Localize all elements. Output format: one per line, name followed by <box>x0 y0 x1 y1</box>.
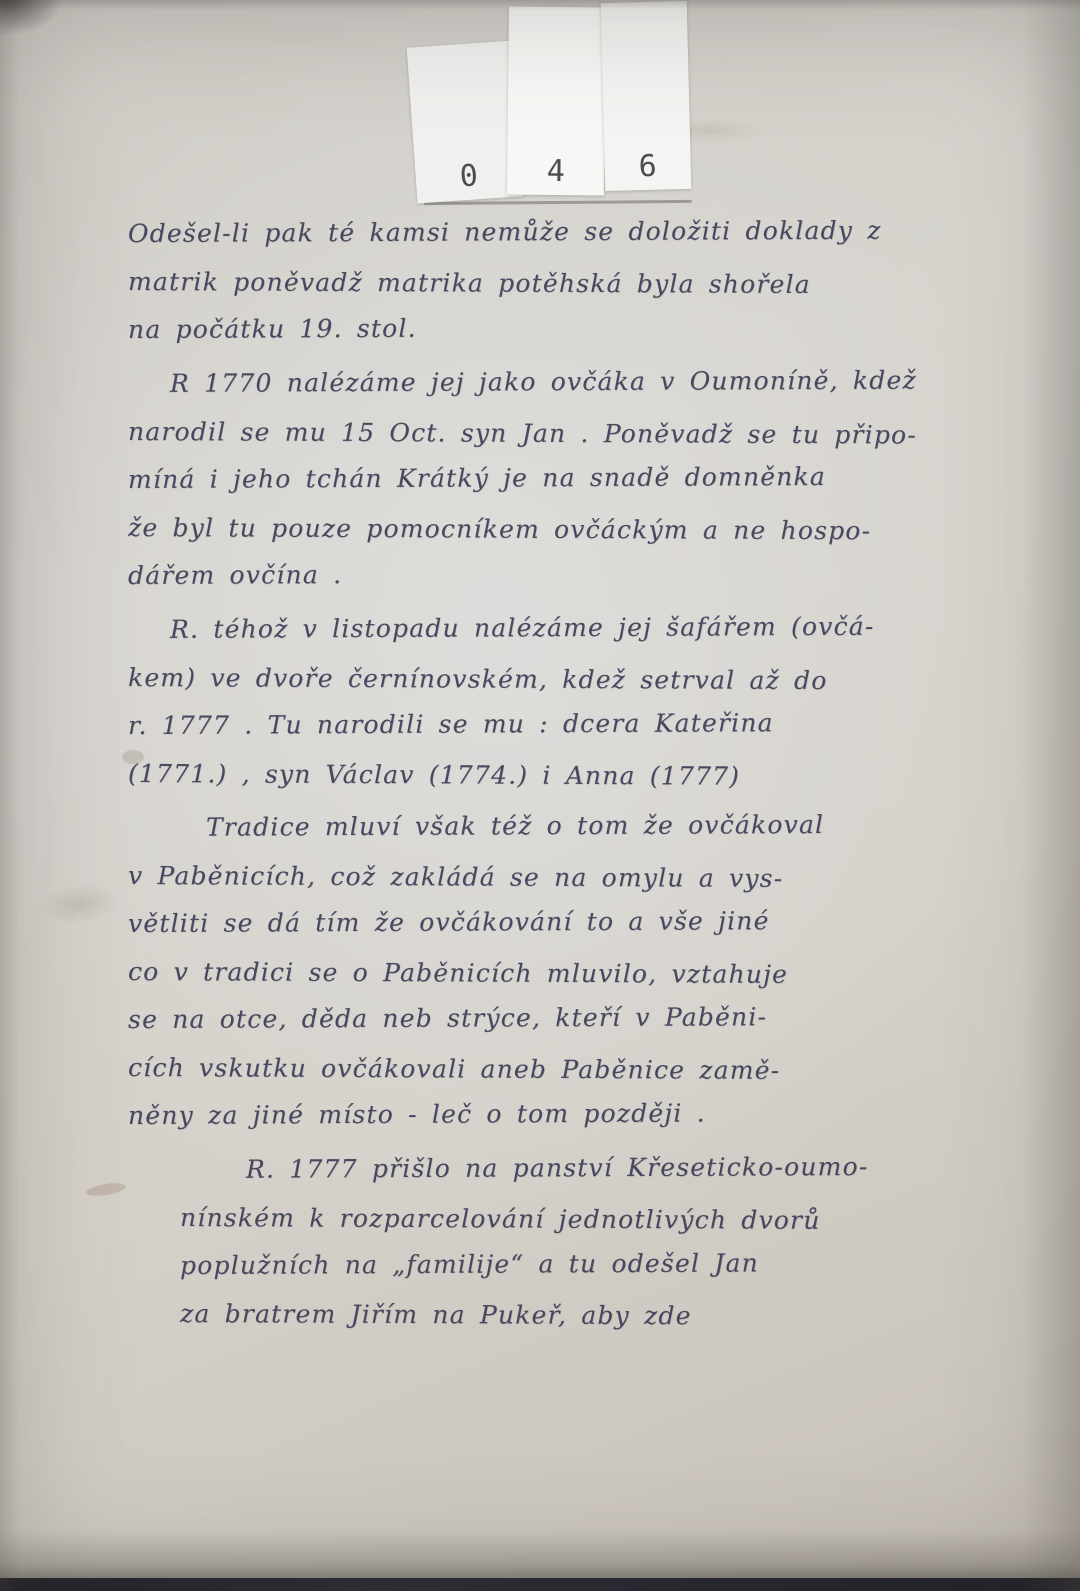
slip-shadow-line <box>424 200 692 205</box>
paper-stain <box>85 1181 126 1198</box>
handwritten-line: co v tradici se o Paběnicích mluvilo, vz… <box>128 948 938 1000</box>
handwritten-line: poplužních na „familije“ a tu odešel Jan <box>180 1239 938 1290</box>
handwritten-text-block: Odešel-li pak té kamsi nemůže se doložit… <box>128 210 938 1338</box>
handwritten-line: na počátku 19. stol. <box>128 302 938 354</box>
paragraph: R 1770 nalézáme jej jako ovčáka v Oumoní… <box>128 360 938 600</box>
page-number-slip: 6 <box>601 1 692 191</box>
handwritten-line: R. téhož v listopadu nalézáme jej šafáře… <box>128 602 938 654</box>
photo-edge-band <box>0 1578 1080 1591</box>
paragraph: Tradice mluví však též o tom že ovčákova… <box>128 804 938 1140</box>
handwritten-line: větliti se dá tím že ovčákování to a vše… <box>128 896 938 948</box>
photo-bottom-shadow <box>0 1530 1080 1578</box>
page-number-digit: 6 <box>638 152 657 190</box>
page-number-digit: 0 <box>459 161 480 200</box>
handwritten-line: cích vskutku ovčákovali aneb Paběnice za… <box>128 1044 938 1096</box>
page-number-slip: 4 <box>507 6 606 195</box>
photo-top-shadow <box>0 0 1080 10</box>
paper-stain <box>36 880 124 929</box>
handwritten-line: něny za jiné místo - leč o tom později . <box>128 1088 938 1140</box>
handwritten-line: dářem ovčína . <box>128 548 938 600</box>
handwritten-line: (1771.) , syn Václav (1774.) i Anna (177… <box>128 750 938 802</box>
paragraph: R. 1777 přišlo na panství Křeseticko-oum… <box>128 1146 938 1338</box>
manuscript-photo: 0 4 6 Odešel-li pak té kamsi nemůže se d… <box>0 0 1080 1591</box>
handwritten-line: v Paběnicích, což zakládá se na omylu a … <box>128 852 938 904</box>
page-number-digit: 4 <box>546 157 564 195</box>
paragraph: Odešel-li pak té kamsi nemůže se doložit… <box>128 210 938 354</box>
handwritten-line: matrik poněvadž matrika potěhská byla sh… <box>128 258 938 310</box>
handwritten-line: za bratrem Jiřím na Pukeř, aby zde <box>180 1290 938 1341</box>
handwritten-line: R. 1777 přišlo na panství Křeseticko-oum… <box>180 1143 938 1194</box>
photo-left-shadow <box>0 0 20 1591</box>
handwritten-line: narodil se mu 15 Oct. syn Jan . Poněvadž… <box>128 408 938 460</box>
handwritten-line: že byl tu pouze pomocníkem ovčáckým a ne… <box>128 504 938 556</box>
photo-right-shadow <box>1022 0 1080 1591</box>
handwritten-line: Tradice mluví však též o tom že ovčákova… <box>128 800 938 852</box>
paragraph: R. téhož v listopadu nalézáme jej šafáře… <box>128 606 938 798</box>
handwritten-line: míná i jeho tchán Krátký je na snadě dom… <box>128 452 938 504</box>
handwritten-line: Odešel-li pak té kamsi nemůže se doložit… <box>128 206 938 258</box>
handwritten-line: r. 1777 . Tu narodili se mu : dcera Kate… <box>128 698 938 750</box>
handwritten-line: nínském k rozparcelování jednotlivých dv… <box>180 1194 938 1245</box>
handwritten-line: se na otce, děda neb strýce, kteří v Pab… <box>128 992 938 1044</box>
handwritten-line: kem) ve dvoře černínovském, kdež setrval… <box>128 654 938 706</box>
handwritten-line: R 1770 nalézáme jej jako ovčáka v Oumoní… <box>128 356 938 408</box>
page-number-slip: 0 <box>407 40 524 203</box>
